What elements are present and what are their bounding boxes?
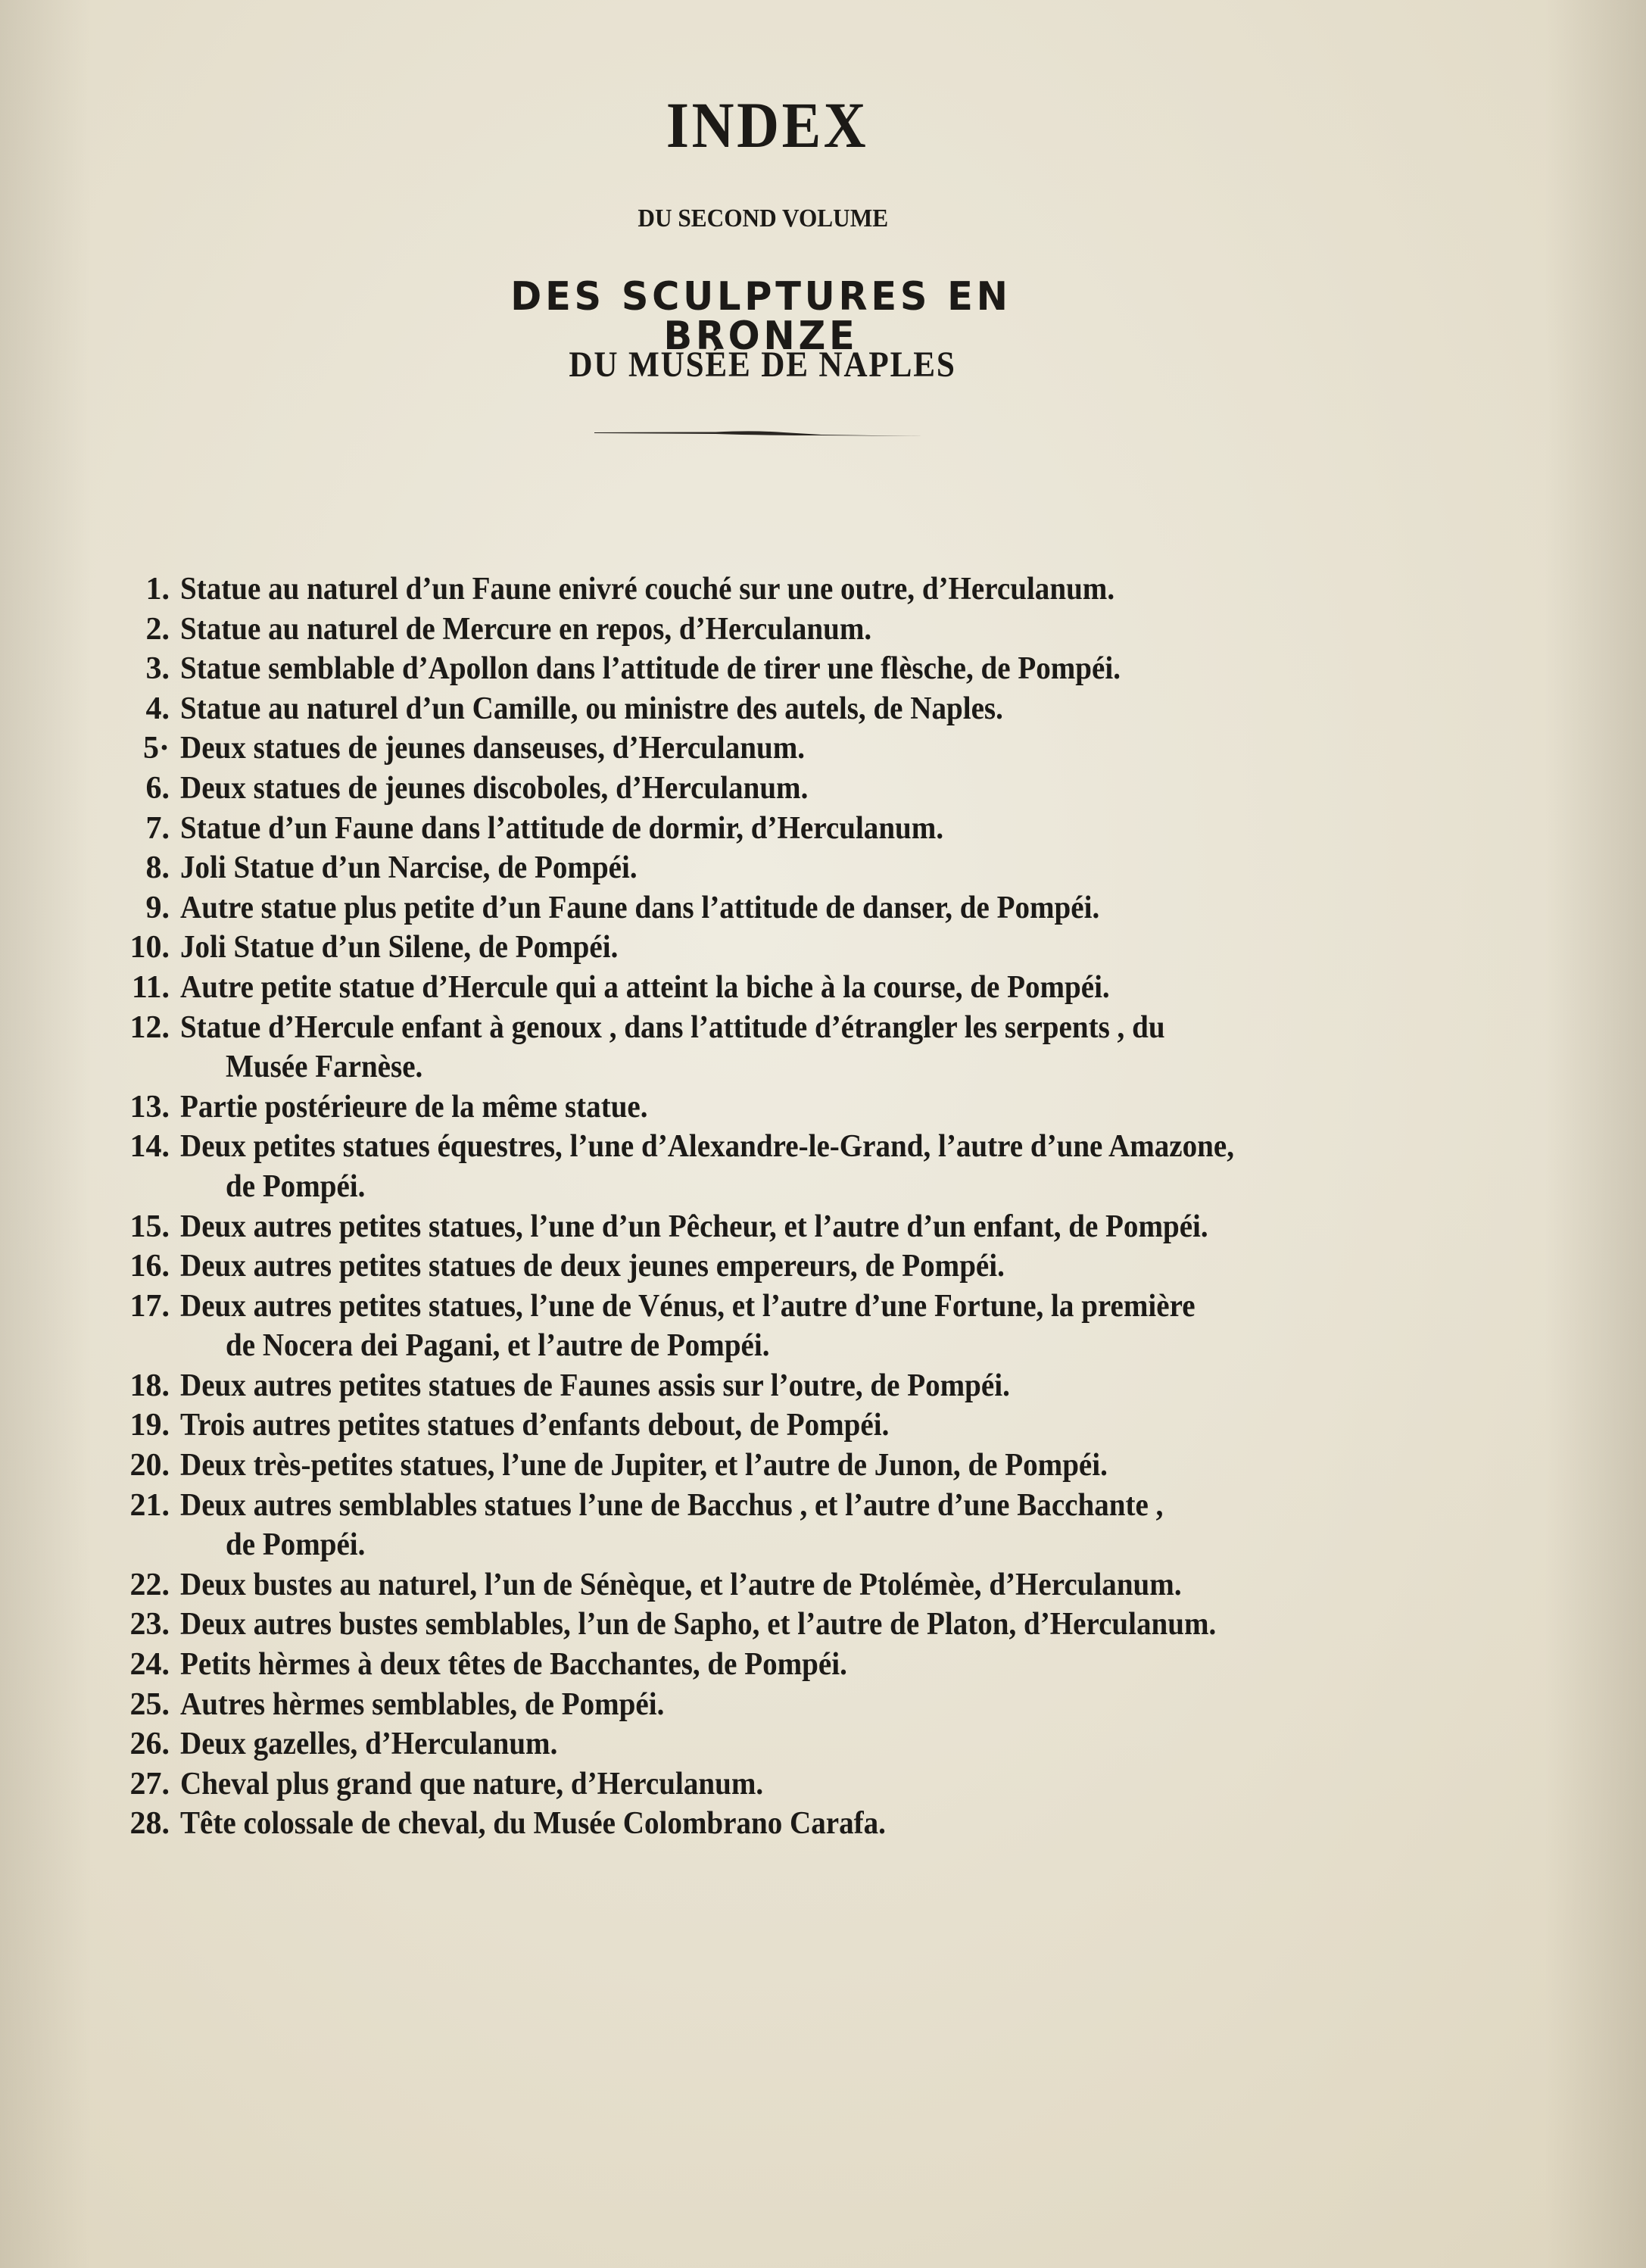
entry-text: Joli Statue d’un Silene, de Pompéi. [180,928,1423,968]
index-entry: 1. Statue au naturel d’un Faune enivré c… [106,569,1423,610]
decorative-rule [594,429,924,438]
index-entry: 27. Cheval plus grand que nature, d’Herc… [106,1764,1423,1805]
entry-number: 5· [106,728,180,769]
index-entry: 26. Deux gazelles, d’Herculanum. [106,1724,1423,1764]
index-entry: 25. Autres hèrmes semblables, de Pompéi. [106,1685,1423,1725]
entry-line: Autres hèrmes semblables, de Pompéi. [180,1685,1423,1725]
entry-text: Trois autres petites statues d’enfants d… [180,1405,1423,1446]
entry-text: Statue d’Hercule enfant à genoux , dans … [180,1008,1423,1087]
subtitle-volume: DU SECOND VOLUME [606,206,920,232]
subtitle-museum: DU MUSÉE DE NAPLES [545,347,980,383]
entry-text: Cheval plus grand que nature, d’Herculan… [180,1764,1423,1805]
entry-number: 18. [106,1366,180,1406]
entry-line: Deux statues de jeunes discoboles, d’Her… [180,769,1423,809]
entry-line: Statue au naturel de Mercure en repos, d… [180,610,1423,650]
entry-line: Deux petites statues équestres, l’une d’… [180,1127,1423,1167]
index-entry: 18. Deux autres petites statues de Faune… [106,1366,1423,1406]
entry-number: 7. [106,809,180,849]
entry-line: Joli Statue d’un Narcise, de Pompéi. [180,848,1423,888]
entry-line: Tête colossale de cheval, du Musée Colom… [180,1804,1423,1844]
entry-text: Deux statues de jeunes danseuses, d’Herc… [180,728,1423,769]
entry-line: Deux autres petites statues, l’une d’un … [180,1207,1423,1247]
entry-line: Cheval plus grand que nature, d’Herculan… [180,1764,1423,1805]
index-entry: 10. Joli Statue d’un Silene, de Pompéi. [106,928,1423,968]
entry-text: Deux autres petites statues de Faunes as… [180,1366,1423,1406]
entry-number: 27. [106,1764,180,1805]
entry-line: Trois autres petites statues d’enfants d… [180,1405,1423,1446]
entry-text: Statue semblable d’Apollon dans l’attitu… [180,649,1423,689]
entry-text: Deux autres semblables statues l’une de … [180,1486,1423,1565]
title-text: INDEX [666,92,868,158]
entry-continuation-line: Musée Farnèse. [180,1047,1423,1087]
index-entry: 13. Partie postérieure de la même statue… [106,1087,1423,1128]
entry-line: Petits hèrmes à deux têtes de Bacchantes… [180,1645,1423,1685]
entry-text: Deux bustes au naturel, l’un de Sénèque,… [180,1565,1423,1605]
entry-text: Deux autres bustes semblables, l’un de S… [180,1605,1423,1645]
entry-text: Deux gazelles, d’Herculanum. [180,1724,1423,1764]
entry-line: Deux autres petites statues de Faunes as… [180,1366,1423,1406]
entry-text: Deux très-petites statues, l’une de Jupi… [180,1446,1423,1486]
entry-text: Deux petites statues équestres, l’une d’… [180,1127,1423,1206]
index-entry: 11. Autre petite statue d’Hercule qui a … [106,968,1423,1008]
index-entry: 16. Deux autres petites statues de deux … [106,1246,1423,1287]
entry-text: Statue d’un Faune dans l’attitude de dor… [180,809,1423,849]
entry-text: Deux autres petites statues, l’une d’un … [180,1207,1423,1247]
index-entry: 28. Tête colossale de cheval, du Musée C… [106,1804,1423,1844]
entry-text: Autres hèrmes semblables, de Pompéi. [180,1685,1423,1725]
entry-number: 21. [106,1486,180,1565]
entry-number: 11. [106,968,180,1008]
index-entry: 21. Deux autres semblables statues l’une… [106,1486,1423,1565]
entry-text: Statue au naturel de Mercure en repos, d… [180,610,1423,650]
entry-line: Deux gazelles, d’Herculanum. [180,1724,1423,1764]
entry-number: 1. [106,569,180,610]
index-entry: 5· Deux statues de jeunes danseuses, d’H… [106,728,1423,769]
entry-number: 14. [106,1127,180,1206]
entry-continuation-line: de Nocera dei Pagani, et l’autre de Pomp… [180,1326,1423,1366]
entry-line: Autre petite statue d’Hercule qui a atte… [180,968,1423,1008]
index-entry: 9. Autre statue plus petite d’un Faune d… [106,888,1423,928]
entry-line: Partie postérieure de la même statue. [180,1087,1423,1128]
entry-line: Autre statue plus petite d’un Faune dans… [180,888,1423,928]
entry-number: 20. [106,1446,180,1486]
entry-number: 9. [106,888,180,928]
page-title: INDEX [655,92,859,158]
entry-number: 25. [106,1685,180,1725]
entry-line: Deux bustes au naturel, l’un de Sénèque,… [180,1565,1423,1605]
entry-line: Deux statues de jeunes danseuses, d’Herc… [180,728,1423,769]
index-entry: 24. Petits hèrmes à deux têtes de Baccha… [106,1645,1423,1685]
index-entry: 3. Statue semblable d’Apollon dans l’att… [106,649,1423,689]
index-list: 1. Statue au naturel d’un Faune enivré c… [106,569,1423,1844]
entry-number: 8. [106,848,180,888]
index-entry: 22. Deux bustes au naturel, l’un de Sénè… [106,1565,1423,1605]
entry-number: 16. [106,1246,180,1287]
entry-line: Joli Statue d’un Silene, de Pompéi. [180,928,1423,968]
index-entry: 8. Joli Statue d’un Narcise, de Pompéi. [106,848,1423,888]
entry-number: 17. [106,1287,180,1366]
entry-text: Autre petite statue d’Hercule qui a atte… [180,968,1423,1008]
entry-number: 12. [106,1008,180,1087]
entry-line: Deux autres bustes semblables, l’un de S… [180,1605,1423,1645]
entry-number: 24. [106,1645,180,1685]
entry-number: 13. [106,1087,180,1128]
entry-text: Petits hèrmes à deux têtes de Bacchantes… [180,1645,1423,1685]
entry-text: Autre statue plus petite d’un Faune dans… [180,888,1423,928]
index-entry: 17. Deux autres petites statues, l’une d… [106,1287,1423,1366]
index-entry: 6. Deux statues de jeunes discoboles, d’… [106,769,1423,809]
index-entry: 14. Deux petites statues équestres, l’un… [106,1127,1423,1206]
entry-line: Deux autres petites statues, l’une de Vé… [180,1287,1423,1327]
entry-text: Statue au naturel d’un Faune enivré couc… [180,569,1423,610]
entry-line: Deux autres semblables statues l’une de … [180,1486,1423,1526]
entry-line: Deux autres petites statues de deux jeun… [180,1246,1423,1287]
index-entry: 7. Statue d’un Faune dans l’attitude de … [106,809,1423,849]
entry-text: Deux autres petites statues, l’une de Vé… [180,1287,1423,1366]
entry-line: Statue semblable d’Apollon dans l’attitu… [180,649,1423,689]
entry-text: Joli Statue d’un Narcise, de Pompéi. [180,848,1423,888]
entry-continuation-line: de Pompéi. [180,1167,1423,1207]
entry-text: Deux autres petites statues de deux jeun… [180,1246,1423,1287]
entry-number: 3. [106,649,180,689]
entry-line: Statue au naturel d’un Camille, ou minis… [180,689,1423,729]
index-entry: 15. Deux autres petites statues, l’une d… [106,1207,1423,1247]
entry-number: 6. [106,769,180,809]
entry-number: 22. [106,1565,180,1605]
entry-continuation-line: de Pompéi. [180,1525,1423,1565]
index-entry: 12. Statue d’Hercule enfant à genoux , d… [106,1008,1423,1087]
entry-number: 10. [106,928,180,968]
entry-line: Statue d’un Faune dans l’attitude de dor… [180,809,1423,849]
entry-number: 26. [106,1724,180,1764]
entry-number: 19. [106,1405,180,1446]
entry-number: 23. [106,1605,180,1645]
index-entry: 23. Deux autres bustes semblables, l’un … [106,1605,1423,1645]
entry-text: Tête colossale de cheval, du Musée Colom… [180,1804,1423,1844]
entry-text: Statue au naturel d’un Camille, ou minis… [180,689,1423,729]
entry-text: Deux statues de jeunes discoboles, d’Her… [180,769,1423,809]
entry-number: 28. [106,1804,180,1844]
index-entry: 2. Statue au naturel de Mercure en repos… [106,610,1423,650]
entry-number: 4. [106,689,180,729]
entry-text: Partie postérieure de la même statue. [180,1087,1423,1128]
entry-line: Statue d’Hercule enfant à genoux , dans … [180,1008,1423,1048]
entry-line: Deux très-petites statues, l’une de Jupi… [180,1446,1423,1486]
index-entry: 20. Deux très-petites statues, l’une de … [106,1446,1423,1486]
entry-number: 2. [106,610,180,650]
entry-line: Statue au naturel d’un Faune enivré couc… [180,569,1423,610]
book-page: INDEX DU SECOND VOLUME DES SCULPTURES EN… [0,0,1646,2268]
entry-number: 15. [106,1207,180,1247]
index-entry: 4. Statue au naturel d’un Camille, ou mi… [106,689,1423,729]
index-entry: 19. Trois autres petites statues d’enfan… [106,1405,1423,1446]
